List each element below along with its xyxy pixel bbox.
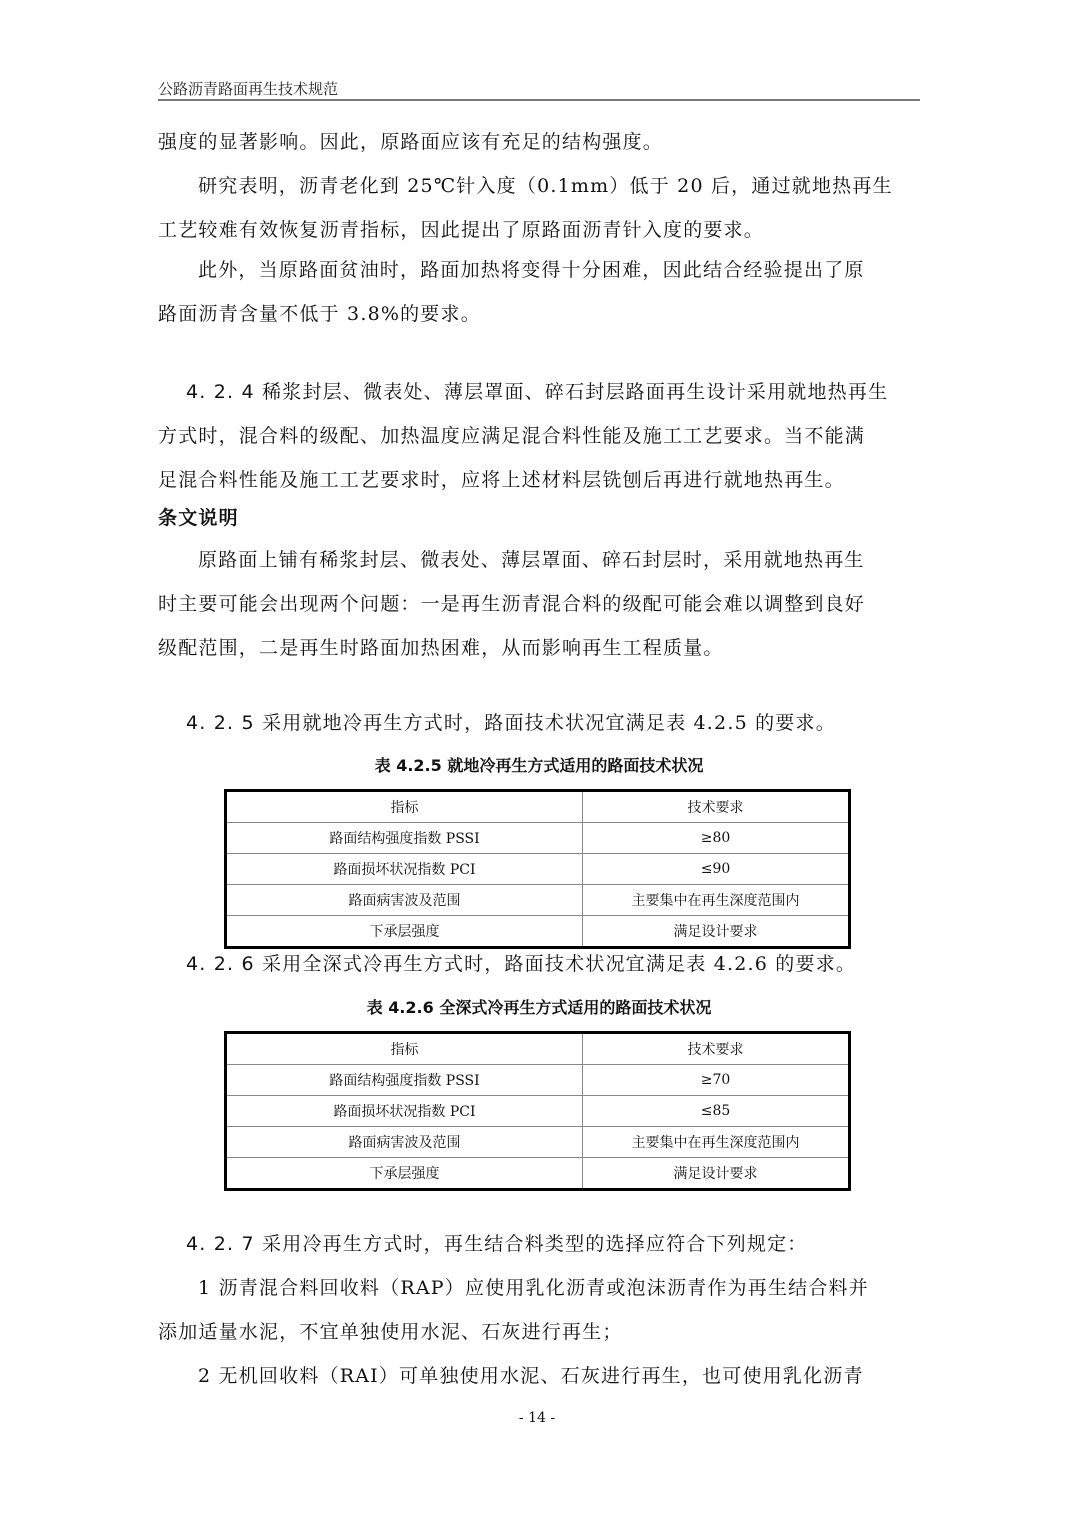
text-line: 采用就地冷再生方式时，路面技术状况宜满足表 4.2.5 的要求。: [262, 712, 836, 734]
table-row: 路面损坏状况指数 PCI ≤85: [226, 1096, 850, 1127]
header-rule: [158, 99, 920, 101]
explanation-heading: 条文说明: [158, 496, 920, 540]
cell: ≤85: [583, 1096, 850, 1127]
table-caption-4-2-5: 表 4.2.5 就地冷再生方式适用的路面技术状况: [158, 753, 920, 776]
text-line: 此外，当原路面贫油时，路面加热将变得十分困难，因此结合经验提出了原: [158, 248, 920, 292]
cell: 路面损坏状况指数 PCI: [226, 1096, 583, 1127]
text-line: 原路面上铺有稀浆封层、微表处、薄层罩面、碎石封层时，采用就地热再生: [158, 538, 920, 582]
header-cell: 技术要求: [583, 1033, 850, 1065]
text-line: 采用冷再生方式时，再生结合料类型的选择应符合下列规定：: [262, 1233, 807, 1255]
cell: 主要集中在再生深度范围内: [583, 885, 850, 916]
table-4-2-5: 指标 技术要求 路面结构强度指数 PSSI ≥80 路面损坏状况指数 PCI ≤…: [224, 789, 851, 949]
paragraph-research: 研究表明，沥青老化到 25℃针入度（0.1mm）低于 20 后，通过就地热再生 …: [158, 164, 920, 252]
clause-4-2-5: 4. 2. 5 采用就地冷再生方式时，路面技术状况宜满足表 4.2.5 的要求。: [158, 701, 920, 745]
clause-number: 4. 2. 7: [186, 1233, 255, 1255]
list-item-1: 1 沥青混合料回收料（RAP）应使用乳化沥青或泡沫沥青作为再生结合料并 添加适量…: [158, 1266, 920, 1354]
header-cell: 技术要求: [583, 791, 850, 823]
header-cell: 指标: [226, 791, 583, 823]
clause-number: 4. 2. 4: [186, 381, 255, 403]
cell: ≥80: [583, 823, 850, 854]
cell: 路面病害波及范围: [226, 885, 583, 916]
list-item-2: 2 无机回收料（RAI）可单独使用水泥、石灰进行再生，也可使用乳化沥青: [158, 1354, 920, 1398]
table-row: 路面病害波及范围 主要集中在再生深度范围内: [226, 1127, 850, 1158]
table-row: 下承层强度 满足设计要求: [226, 1158, 850, 1190]
paragraph-asphalt-content: 此外，当原路面贫油时，路面加热将变得十分困难，因此结合经验提出了原 路面沥青含量…: [158, 248, 920, 336]
table-header-row: 指标 技术要求: [226, 1033, 850, 1065]
text-line: 级配范围，二是再生时路面加热困难，从而影响再生工程质量。: [158, 626, 920, 670]
text-line: 时主要可能会出现两个问题：一是再生沥青混合料的级配可能会难以调整到良好: [158, 582, 920, 626]
cell: ≥70: [583, 1065, 850, 1096]
table-row: 路面结构强度指数 PSSI ≥70: [226, 1065, 850, 1096]
table-4-2-6: 指标 技术要求 路面结构强度指数 PSSI ≥70 路面损坏状况指数 PCI ≤…: [224, 1031, 851, 1191]
text-line: 工艺较难有效恢复沥青指标，因此提出了原路面沥青针入度的要求。: [158, 208, 920, 252]
clause-4-2-4: 4. 2. 4 稀浆封层、微表处、薄层罩面、碎石封层路面再生设计采用就地热再生 …: [158, 370, 920, 502]
text-line: 采用全深式冷再生方式时，路面技术状况宜满足表 4.2.6 的要求。: [262, 953, 856, 975]
clause-4-2-7: 4. 2. 7 采用冷再生方式时，再生结合料类型的选择应符合下列规定：: [158, 1222, 920, 1266]
text-line: 路面沥青含量不低于 3.8%的要求。: [158, 292, 920, 336]
clause-4-2-6: 4. 2. 6 采用全深式冷再生方式时，路面技术状况宜满足表 4.2.6 的要求…: [158, 942, 920, 986]
table-row: 路面病害波及范围 主要集中在再生深度范围内: [226, 885, 850, 916]
cell: 路面结构强度指数 PSSI: [226, 1065, 583, 1096]
clause-number: 4. 2. 5: [186, 712, 255, 734]
text-line: 强度的显著影响。因此，原路面应该有充足的结构强度。: [158, 120, 920, 164]
table-row: 路面结构强度指数 PSSI ≥80: [226, 823, 850, 854]
page-number: - 14 -: [0, 1410, 1074, 1426]
paragraph-continuation: 强度的显著影响。因此，原路面应该有充足的结构强度。: [158, 120, 920, 164]
table-row: 路面损坏状况指数 PCI ≤90: [226, 854, 850, 885]
clause-number: 4. 2. 6: [186, 953, 255, 975]
table-header-row: 指标 技术要求: [226, 791, 850, 823]
cell: 路面损坏状况指数 PCI: [226, 854, 583, 885]
table-caption-4-2-6: 表 4.2.6 全深式冷再生方式适用的路面技术状况: [158, 995, 920, 1018]
cell: 下承层强度: [226, 1158, 583, 1190]
cell: ≤90: [583, 854, 850, 885]
text-line: 添加适量水泥，不宜单独使用水泥、石灰进行再生；: [158, 1310, 920, 1354]
text-line: 稀浆封层、微表处、薄层罩面、碎石封层路面再生设计采用就地热再生: [262, 381, 888, 403]
cell: 主要集中在再生深度范围内: [583, 1127, 850, 1158]
running-header: 公路沥青路面再生技术规范: [158, 78, 338, 99]
paragraph-explanation: 原路面上铺有稀浆封层、微表处、薄层罩面、碎石封层时，采用就地热再生 时主要可能会…: [158, 538, 920, 670]
text-line: 研究表明，沥青老化到 25℃针入度（0.1mm）低于 20 后，通过就地热再生: [158, 164, 920, 208]
header-cell: 指标: [226, 1033, 583, 1065]
text-line: 方式时，混合料的级配、加热温度应满足混合料性能及施工工艺要求。当不能满: [158, 414, 920, 458]
text-line: 2 无机回收料（RAI）可单独使用水泥、石灰进行再生，也可使用乳化沥青: [158, 1354, 920, 1398]
cell: 路面病害波及范围: [226, 1127, 583, 1158]
text-line: 1 沥青混合料回收料（RAP）应使用乳化沥青或泡沫沥青作为再生结合料并: [158, 1266, 920, 1310]
cell: 满足设计要求: [583, 1158, 850, 1190]
cell: 路面结构强度指数 PSSI: [226, 823, 583, 854]
